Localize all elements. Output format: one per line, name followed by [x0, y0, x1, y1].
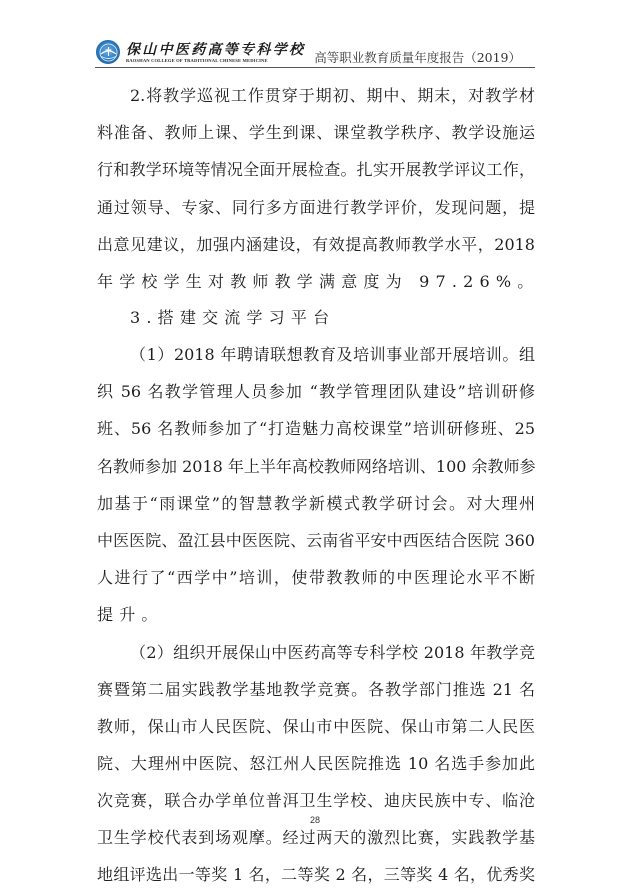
paragraph-line: （1）2018 年聘请联想教育及培训事业部开展培训。组 — [130, 344, 535, 366]
paragraph-line: 织 56 名教学管理人员参加 “教学管理团队建设”培训研修 — [97, 381, 535, 403]
section-heading: 3.搭建交流学习平台 — [130, 307, 535, 329]
page-number: 28 — [0, 815, 630, 825]
school-emblem-icon — [97, 41, 120, 64]
paragraph-line: 人进行了“西学中”培训，使带教教师的中医理论水平不断 — [97, 567, 535, 589]
paragraph-line: 料准备、教师上课、学生到课、课堂教学秩序、教学设施运 — [97, 122, 535, 144]
page-header: 保山中医药高等专科学校 BAOSHAN COLLEGE OF TRADITION… — [95, 38, 535, 68]
school-logo-icon — [96, 40, 120, 64]
paragraph-line: 年学校学生对教师教学满意度为 97.26%。 — [97, 271, 535, 293]
paragraph-line: 教师，保山市人民医院、保山市中医院、保山市第二人民医 — [97, 716, 535, 738]
paragraph-line: 加基于“雨课堂”的智慧教学新模式教学研讨会。对大理州 — [97, 493, 535, 515]
paragraph-line: 中医医院、盈江县中医医院、云南省平安中西医结合医院 360 — [97, 530, 535, 552]
school-name-chinese: 保山中医药高等专科学校 — [126, 39, 305, 59]
paragraph-line: 提升。 — [97, 604, 535, 626]
paragraph-line: 班、56 名教师参加了“打造魅力高校课堂”培训研修班、25 — [97, 418, 535, 440]
paragraph-line: 次竞赛，联合办学单位普洱卫生学校、迪庆民族中专、临沧 — [97, 790, 535, 812]
paragraph-line: 出意见建议，加强内涵建设，有效提高教师教学水平，2018 — [97, 234, 535, 256]
paragraph-line: 通过领导、专家、同行多方面进行教学评价，发现问题，提 — [97, 197, 535, 219]
paragraph-line: 地组评选出一等奖 1 名，二等奖 2 名，三等奖 4 名，优秀奖 — [97, 864, 535, 886]
school-name-english: BAOSHAN COLLEGE OF TRADITIONAL CHINESE M… — [126, 58, 268, 63]
paragraph-line: 名教师参加 2018 年上半年高校教师网络培训、100 余教师参 — [97, 456, 535, 478]
paragraph-line: （2）组织开展保山中医药高等专科学校 2018 年教学竞 — [130, 642, 535, 664]
paragraph-line: 行和教学环境等情况全面开展检查。扎实开展教学评议工作， — [97, 159, 535, 181]
paragraph-line: 院、大理州中医院、怒江州人民医院推选 10 名选手参加此 — [97, 753, 535, 775]
report-title: 高等职业教育质量年度报告（2019） — [314, 48, 521, 66]
paragraph-line: 赛暨第二届实践教学基地教学竞赛。各教学部门推选 21 名 — [97, 679, 535, 701]
paragraph-line: 卫生学校代表到场观摩。经过两天的激烈比赛，实践教学基 — [97, 827, 535, 849]
paragraph-line: 2.将教学巡视工作贯穿于期初、期中、期末，对教学材 — [130, 85, 535, 107]
